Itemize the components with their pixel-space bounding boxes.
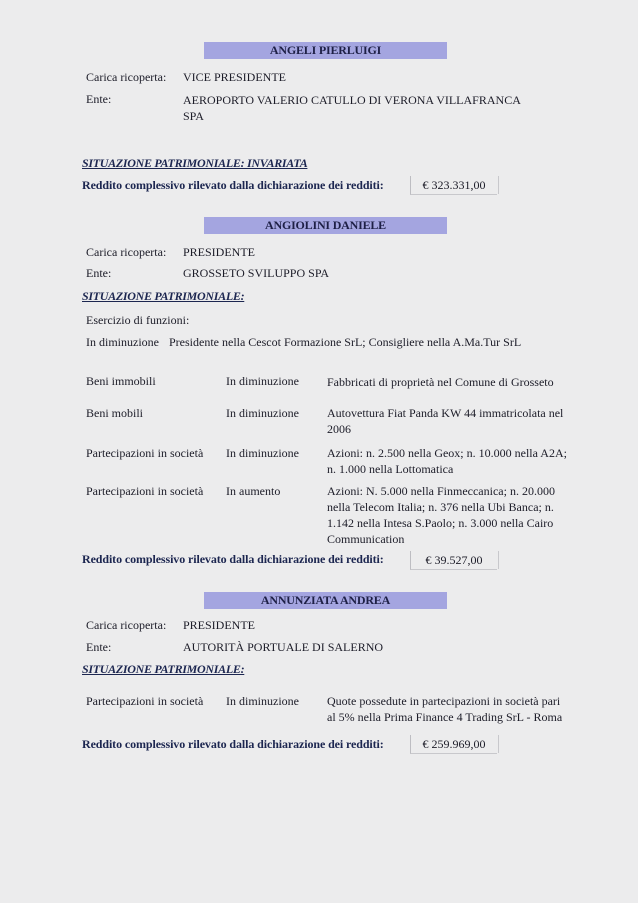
asset-type: Beni mobili: [86, 406, 143, 421]
asset-type: Partecipazioni in società: [86, 446, 203, 461]
asset-status: In aumento: [226, 484, 280, 499]
ente-label: Ente:: [86, 92, 111, 107]
esercizio-label: Esercizio di funzioni:: [86, 313, 189, 328]
asset-detail: Quote possedute in partecipazioni in soc…: [327, 693, 567, 725]
asset-status: In diminuzione: [226, 374, 299, 389]
reddito-label: Reddito complessivo rilevato dalla dichi…: [82, 178, 384, 193]
situazione-heading: SITUAZIONE PATRIMONIALE:: [82, 662, 244, 677]
ente-label: Ente:: [86, 266, 111, 281]
person-name-header: ANNUNZIATA ANDREA: [204, 592, 447, 609]
asset-status: In diminuzione: [226, 694, 299, 709]
ente-value: GROSSETO SVILUPPO SPA: [183, 266, 329, 281]
reddito-amount: € 39.527,00: [410, 551, 497, 570]
asset-status: In diminuzione: [226, 406, 299, 421]
carica-value: PRESIDENTE: [183, 618, 255, 633]
asset-type: Partecipazioni in società: [86, 694, 203, 709]
reddito-label: Reddito complessivo rilevato dalla dichi…: [82, 737, 384, 752]
esercizio-status: In diminuzione: [86, 335, 159, 350]
asset-detail: Azioni: N. 5.000 nella Finmeccanica; n. …: [327, 483, 567, 547]
ente-label: Ente:: [86, 640, 111, 655]
asset-type: Partecipazioni in società: [86, 484, 203, 499]
carica-label: Carica ricoperta:: [86, 70, 166, 85]
carica-label: Carica ricoperta:: [86, 245, 166, 260]
situazione-heading: SITUAZIONE PATRIMONIALE: INVARIATA: [82, 156, 307, 171]
carica-value: PRESIDENTE: [183, 245, 255, 260]
ente-value: AEROPORTO VALERIO CATULLO DI VERONA VILL…: [183, 92, 533, 124]
asset-detail: Azioni: n. 2.500 nella Geox; n. 10.000 n…: [327, 445, 567, 477]
person-name-header: ANGELI PIERLUIGI: [204, 42, 447, 59]
esercizio-text: Presidente nella Cescot Formazione SrL; …: [169, 335, 521, 350]
asset-type: Beni immobili: [86, 374, 156, 389]
reddito-label: Reddito complessivo rilevato dalla dichi…: [82, 552, 384, 567]
person-name-header: ANGIOLINI DANIELE: [204, 217, 447, 234]
reddito-amount: € 259.969,00: [410, 735, 497, 754]
reddito-amount: € 323.331,00: [410, 176, 497, 195]
asset-detail: Autovettura Fiat Panda KW 44 immatricola…: [327, 405, 567, 437]
carica-label: Carica ricoperta:: [86, 618, 166, 633]
ente-value: AUTORITÀ PORTUALE DI SALERNO: [183, 640, 383, 655]
asset-detail: Fabbricati di proprietà nel Comune di Gr…: [327, 374, 567, 390]
carica-value: VICE PRESIDENTE: [183, 70, 286, 85]
asset-status: In diminuzione: [226, 446, 299, 461]
situazione-heading: SITUAZIONE PATRIMONIALE:: [82, 289, 244, 304]
